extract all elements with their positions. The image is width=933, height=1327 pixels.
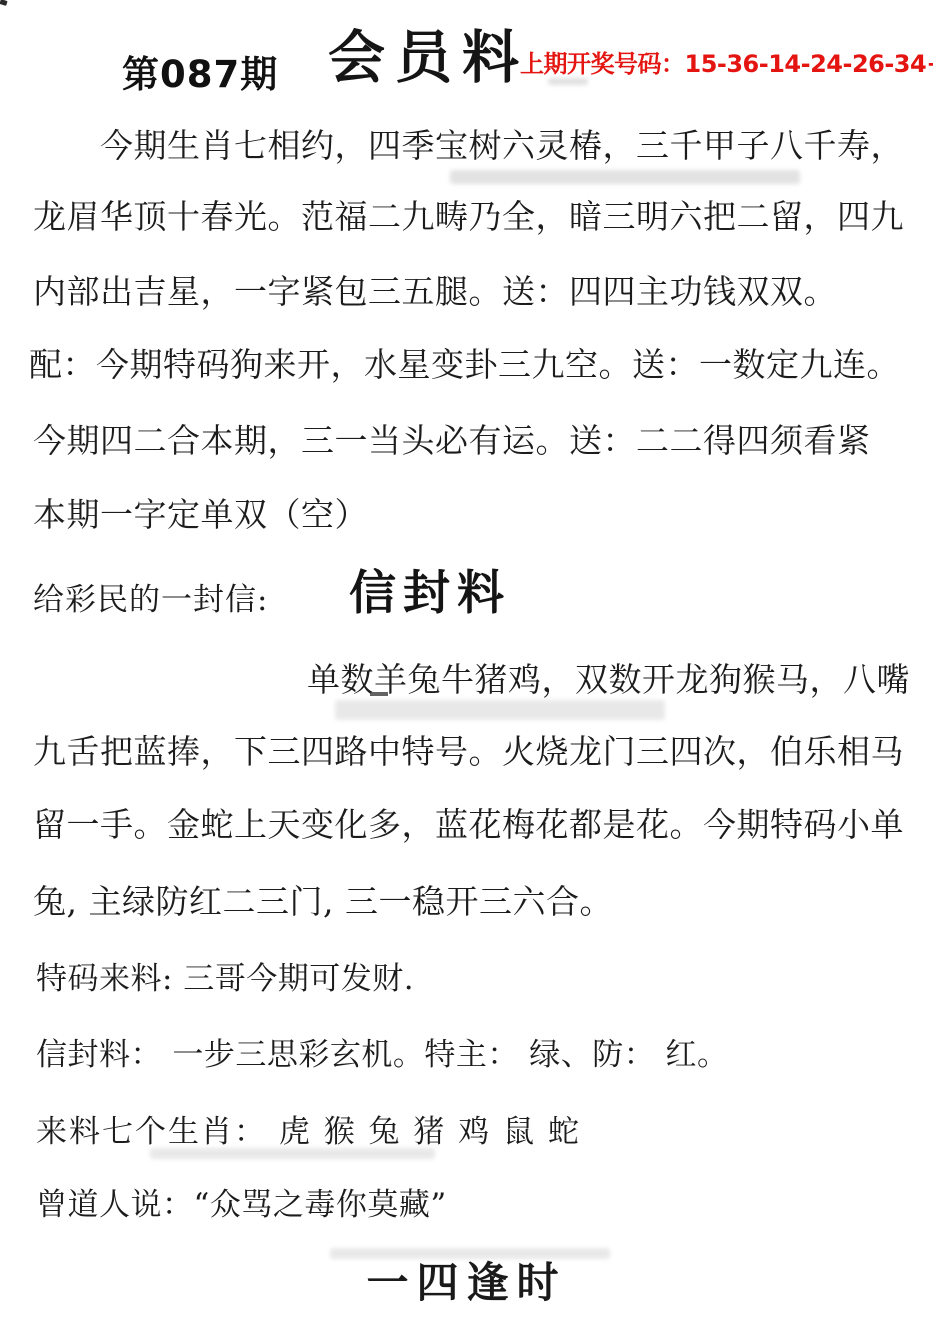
verse-line: 今期生肖七相约，四季宝树六灵椿，三千甲子八千寿， [100,120,904,167]
verse-line: 内部出吉星，一字紧包三五腿。送：四四主功钱双双。 [33,266,837,313]
ink-dot-artifact [0,0,8,6]
envelope-intro-label: 给彩民的一封信: [33,574,268,619]
envelope-verse-line: 九舌把蓝捧，下三四路中特号。火烧龙门三四次，伯乐相马 [33,726,904,773]
footer-slogan: 一四逢时 [0,1250,933,1310]
scan-smudge [450,170,800,184]
ink-dash-artifact [370,692,388,696]
scan-smudge [548,78,588,85]
scan-smudge [150,1148,435,1159]
tip-envelope: 信封料： 一步三思彩玄机。特主： 绿、防： 红。 [36,1029,729,1074]
verse-line: 配：今期特码狗来开，水星变卦三九空。送：一数定九连。 [29,339,900,386]
verse-line: 龙眉华顶十春光。范福二九畴乃全，暗三明六把二留，四九 [33,191,904,238]
envelope-section-heading: 信封料 [349,556,511,623]
page-title: 会员料 [328,12,529,94]
envelope-verse-line: 单数羊兔牛猪鸡，双数开龙狗猴马，八嘴 [307,654,910,701]
previous-draw-label: 上期开奖号码： [520,50,685,78]
previous-draw-value: 15-36-14-24-26-34+12 [685,50,933,78]
scan-smudge [335,700,665,720]
tip-quote: 曾道人说：“众骂之毒你莫藏” [36,1179,447,1224]
envelope-verse-line: 兔, 主绿防红二三门, 三一稳开三六合。 [33,876,613,923]
envelope-verse-line: 留一手。金蛇上天变化多，蓝花梅花都是花。今期特码小单 [33,799,904,846]
tip-zodiacs: 来料七个生肖： 虎 猴 兔 猪 鸡 鼠 蛇 [36,1106,581,1151]
tip-special-code: 特码来料: 三哥今期可发财. [36,953,414,998]
verse-line: 本期一字定单双（空） [33,489,368,536]
verse-line: 今期四二合本期，三一当头必有运。送：二二得四须看紧 [33,415,871,462]
previous-draw-numbers: 上期开奖号码：15-36-14-24-26-34+12 [520,44,933,79]
scan-smudge [330,1248,610,1259]
issue-number: 第087期 [122,44,278,98]
tip-sheet-page: 第087期 会员料 上期开奖号码：15-36-14-24-26-34+12 今期… [0,0,933,1327]
